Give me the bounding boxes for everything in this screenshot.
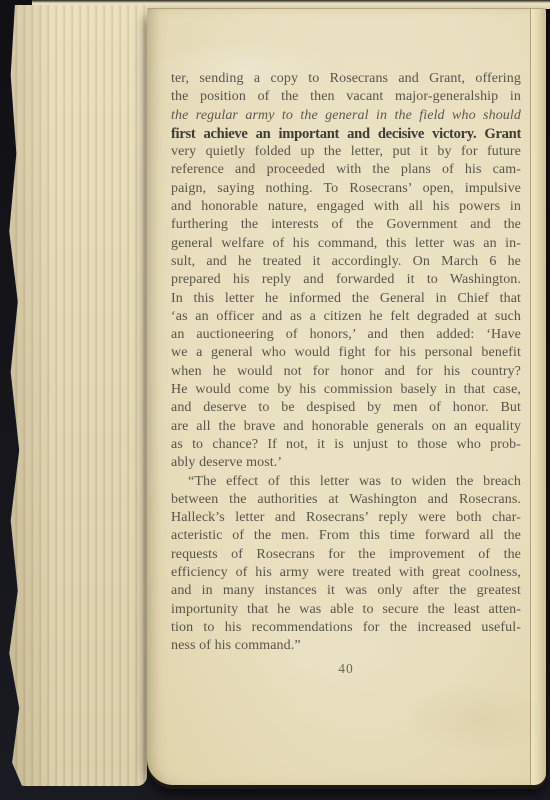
text-line: prepared his reply and forwarded it to W… <box>171 271 521 289</box>
text-line: In this letter he informed the General i… <box>171 290 521 308</box>
text-line: ness of his command.” <box>171 637 521 655</box>
text-line: as to chance? If not, it is unjust to th… <box>171 436 521 454</box>
text-line: first achieve an important and decisive … <box>171 125 521 143</box>
text-line: Halleck’s letter and Rosecrans’ reply we… <box>171 509 521 527</box>
scanned-book-page: ter, sending a copy to Rosecrans and Gra… <box>0 0 550 800</box>
text-line: importunity that he was able to secure t… <box>171 601 521 619</box>
text-line: He would come by his commission basely i… <box>171 381 521 399</box>
text-line: when he would not for honor and for his … <box>171 363 521 381</box>
text-line: we a general who would fight for his per… <box>171 344 521 362</box>
text-line: the regular army to the general in the f… <box>171 107 521 125</box>
text-line: paign, saying nothing. To Rosecrans’ ope… <box>171 180 521 198</box>
text-line: general welfare of his command, this let… <box>171 235 521 253</box>
text-line: ‘as an officer and as a citizen he felt … <box>171 308 521 326</box>
text-line: efficiency of his army were treated with… <box>171 564 521 582</box>
text-line: the position of the then vacant major-ge… <box>171 88 521 106</box>
text-line: sult, and he treated it accordingly. On … <box>171 253 521 271</box>
text-line: are all the brave and honorable generals… <box>171 418 521 436</box>
text-line: reference and proceeded with the plans o… <box>171 161 521 179</box>
text-line: requests of Rosecrans for the improvemen… <box>171 546 521 564</box>
text-line: ter, sending a copy to Rosecrans and Gra… <box>171 70 521 88</box>
book-page: ter, sending a copy to Rosecrans and Gra… <box>147 8 546 785</box>
page-right-fold <box>530 9 546 785</box>
book-left-page-edges <box>5 5 147 786</box>
text-line: and honorable nature, engaged with all h… <box>171 198 521 216</box>
page-text: ter, sending a copy to Rosecrans and Gra… <box>171 70 521 656</box>
text-line: furthering the interests of the Governme… <box>171 216 521 234</box>
text-line: between the authorities at Washington an… <box>171 491 521 509</box>
text-line: tion to his recommendations for the incr… <box>171 619 521 637</box>
text-line: and in many instances it was only after … <box>171 582 521 600</box>
page-number: 40 <box>171 661 521 677</box>
text-line: very quietly folded up the letter, put i… <box>171 143 521 161</box>
text-line: ably deserve most.’ <box>171 454 521 472</box>
text-line: an auctioneering of honors,’ and then ad… <box>171 326 521 344</box>
text-line: acteristic of the men. From this time fo… <box>171 527 521 545</box>
text-line: “The effect of this letter was to widen … <box>171 473 521 491</box>
text-line: and deserve to be despised by men of hon… <box>171 399 521 417</box>
